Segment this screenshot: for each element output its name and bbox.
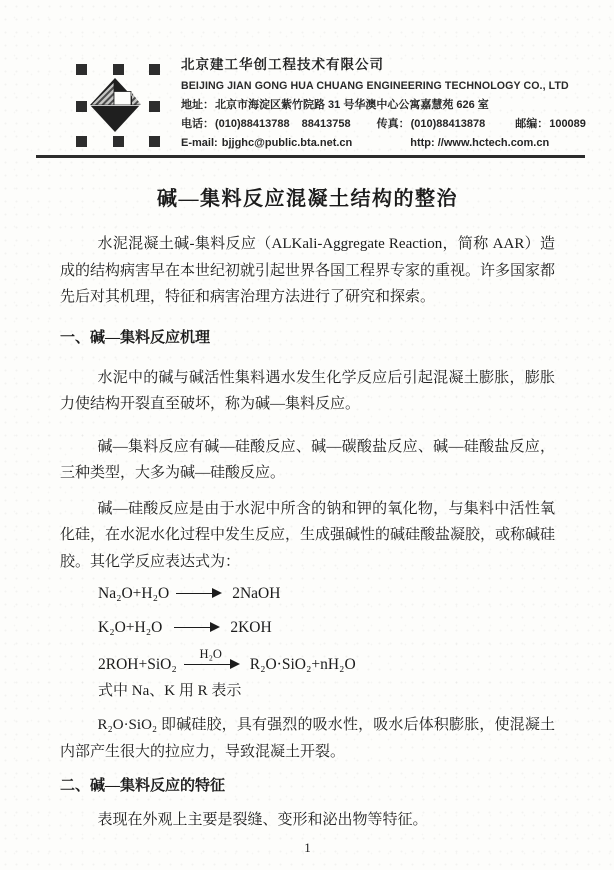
scanned-document-page: 北京建工华创工程技术有限公司 BEIJING JIAN GONG HUA CHU… — [0, 0, 614, 870]
section1-paragraph-1: 水泥中的碱与碱活性集料遇水发生化学反应后引起混凝土膨胀，膨胀力使结构开裂直至破坏… — [60, 365, 555, 418]
online-line: E-mail: bjjghc@public.bta.net.cnhttp: //… — [181, 137, 585, 150]
email-label: E-mail: — [181, 137, 218, 149]
company-info-block: 北京建工华创工程技术有限公司 BEIJING JIAN GONG HUA CHU… — [181, 56, 585, 150]
section2-paragraph-1: 表现在外观上主要是裂缝、变形和泌出物等特征。 — [60, 807, 555, 834]
company-name-cn: 北京建工华创工程技术有限公司 — [181, 56, 585, 74]
equation-2-rhs: 2KOH — [230, 619, 271, 636]
email-address: bjjghc@public.bta.net.cn — [222, 137, 353, 149]
phone-number-1: (010)88413788 — [215, 118, 290, 130]
equation-2: K₂O+H₂O2KOH — [98, 617, 555, 639]
reaction-arrow-icon — [174, 627, 218, 629]
intro-paragraph: 水泥混凝土碱-集料反应（ALKali-Aggregate Reaction，简称… — [60, 231, 555, 311]
equation-3-arrow-label: H₂O — [200, 648, 222, 660]
company-name-en: BEIJING JIAN GONG HUA CHUANG ENGINEERING… — [181, 79, 585, 93]
company-logo-icon — [74, 62, 162, 150]
fax-label: 传真： — [377, 118, 410, 130]
phone-number-2: 88413758 — [302, 118, 351, 130]
address-label: 地址： — [181, 99, 214, 111]
address-line: 地址：北京市海淀区紫竹院路 31 号华澳中心公寓嘉慧苑 626 室 — [181, 99, 585, 112]
equation-3-rhs: R₂O·SiO₂+nH₂O — [250, 656, 356, 673]
section1-heading: 一、碱—集料反应机理 — [60, 325, 555, 351]
equation-3: 2ROH+SiO₂H₂OR₂O·SiO₂+nH₂O — [98, 641, 555, 676]
equation-3-lhs: 2ROH+SiO₂ — [98, 656, 177, 673]
fax-number: (010)88413878 — [411, 118, 486, 130]
equation-note: 式中 Na、K 用 R 表示 — [98, 680, 555, 702]
zip-label: 邮编： — [515, 118, 548, 130]
reaction-arrow-icon — [176, 593, 220, 595]
equation-1: Na₂O+H₂O2NaOH — [98, 583, 555, 605]
section1-paragraph-3: 碱—硅酸反应是由于水泥中所含的钠和钾的氧化物，与集料中活性氧化硅，在水泥水化过程… — [60, 496, 555, 576]
equation-1-rhs: 2NaOH — [232, 585, 280, 602]
section2-heading: 二、碱—集料反应的特征 — [60, 773, 555, 799]
zip-code: 100089 — [549, 118, 586, 130]
website-url: http: //www.hctech.com.cn — [410, 137, 549, 149]
address-value: 北京市海淀区紫竹院路 31 号华澳中心公寓嘉慧苑 626 室 — [215, 99, 489, 111]
reaction-arrow-icon: H₂O — [184, 664, 238, 666]
document-title: 碱—集料反应混凝土结构的整治 — [60, 186, 555, 212]
phone-label: 电话： — [181, 118, 214, 130]
page-number: 1 — [60, 839, 555, 857]
chemical-equations: Na₂O+H₂O2NaOH K₂O+H₂O2KOH 2ROH+SiO₂H₂OR₂… — [98, 583, 555, 702]
equation-1-lhs: Na₂O+H₂O — [98, 585, 169, 602]
contact-line: 电话：(010)8841378888413758传真：(010)88413878… — [181, 118, 585, 131]
equation-2-lhs: K₂O+H₂O — [98, 619, 162, 636]
section1-paragraph-4: R₂O·SiO₂ 即碱硅胶，具有强烈的吸水性，吸水后体积膨胀，使混凝土内部产生很… — [60, 712, 555, 765]
letterhead-divider — [36, 155, 585, 158]
section1-paragraph-2: 碱—集料反应有碱—硅酸反应、碱—碳酸盐反应、碱—硅酸盐反应，三种类型，大多为碱—… — [60, 434, 555, 487]
article-body: 碱—集料反应混凝土结构的整治 水泥混凝土碱-集料反应（ALKali-Aggreg… — [60, 180, 555, 857]
